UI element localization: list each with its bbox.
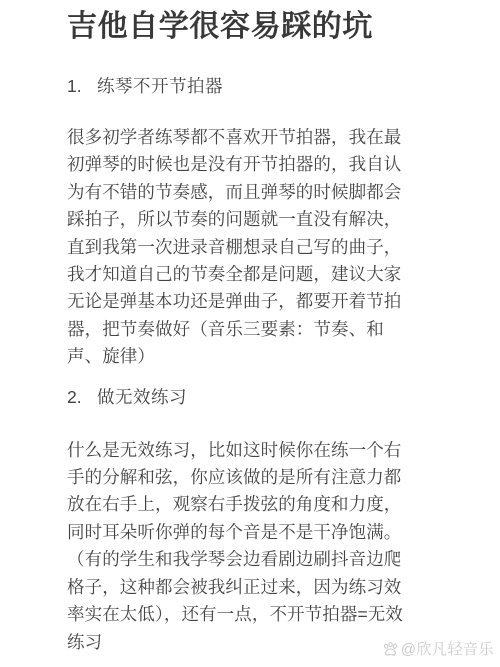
list-item-1-heading: 练琴不开节拍器 (97, 74, 223, 98)
article-page: 吉他自学很容易踩的坑 1. 练琴不开节拍器 很多初学者练琴都不喜欢开节拍器，我在… (0, 0, 500, 667)
watermark-handle: @欣凡轻音乐 (401, 638, 494, 659)
paw-icon (382, 641, 399, 657)
list-item-1: 1. 练琴不开节拍器 (67, 74, 470, 98)
list-item-2-heading: 做无效练习 (97, 385, 187, 409)
list-item-2: 2. 做无效练习 (67, 385, 470, 409)
page-title: 吉他自学很容易踩的坑 (67, 8, 470, 46)
list-item-1-number: 1. (67, 74, 97, 98)
paragraph-1: 很多初学者练琴都不喜欢开节拍器，我在最 初弹琴的时候也是没有开节拍器的，我自认 … (67, 124, 470, 371)
paragraph-2: 什么是无效练习，比如这时候你在练一个右 手的分解和弦，你应该做的是所有注意力都 … (67, 437, 470, 656)
watermark: @欣凡轻音乐 (382, 638, 494, 659)
list-item-2-number: 2. (67, 385, 97, 409)
